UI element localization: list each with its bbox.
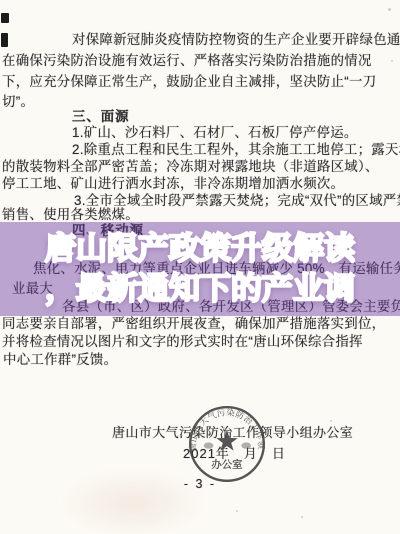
scan-edge-mark — [1, 13, 9, 23]
ink-smudge — [241, 442, 251, 448]
headline-line-2: ，最新通知下的产业调 — [0, 273, 400, 305]
scanned-document-page: 对保障新冠肺炎疫情防控物资的生产企业要开辟绿色通道，在确保污染防治设施有效运行、… — [0, 0, 400, 534]
doc-line: 销售、使用各类燃煤。 — [2, 208, 139, 222]
official-seal-stamp: 唐山市大气污染防治工作领导小组 办公室 — [186, 404, 268, 484]
doc-line: 2.除重点工程和民生工程外，其余施工工地停工；露天堆放 — [72, 143, 400, 157]
doc-line: 中心工作群”反馈。 — [3, 353, 117, 367]
scan-speck — [391, 60, 393, 62]
stamp-center-label: 办公室 — [211, 458, 243, 471]
scan-speck — [236, 510, 238, 512]
doc-line: 停工工地、矿山进行洒水封冻，非冷冻期增加洒水频次。 — [2, 177, 344, 191]
ink-smudge — [204, 442, 214, 448]
scan-speck — [301, 516, 303, 518]
scan-speck — [330, 420, 332, 422]
doc-line: 下，应充分保障正常生产，鼓励企业自主减排，坚决防止“一刀 — [2, 75, 376, 89]
doc-line: 三、面源 — [72, 110, 130, 124]
headline-line-1: 唐山限产政策升级解读 — [0, 233, 400, 265]
scan-edge-mark — [1, 33, 8, 47]
doc-line: 切”。 — [2, 95, 34, 109]
doc-line: 同志要亲自部署，严密组织开展夜查，确保加严措施落实到位， — [2, 317, 385, 331]
doc-line: 的散装物料全部严密苫盖；冷冻期对裸露地块（非道路区域）、 — [2, 160, 379, 174]
doc-line: 1.矿山、沙石料厂、石材厂、石板厂停产停运。 — [72, 126, 358, 140]
doc-line: 在确保污染防治设施有效运行、严格落实污染防治措施的情况 — [2, 54, 372, 68]
doc-line: 并将检查情况以图片和文字的形式实时在“唐山环保综合指挥 — [2, 335, 363, 349]
scan-speck — [388, 8, 391, 11]
doc-line: 对保障新冠肺炎疫情防控物资的生产企业要开辟绿色通道， — [72, 33, 400, 47]
doc-line: 3.全市全域全时段严禁露天焚烧；完成“双代”的区域严禁 — [74, 194, 400, 208]
star-icon — [216, 430, 237, 450]
